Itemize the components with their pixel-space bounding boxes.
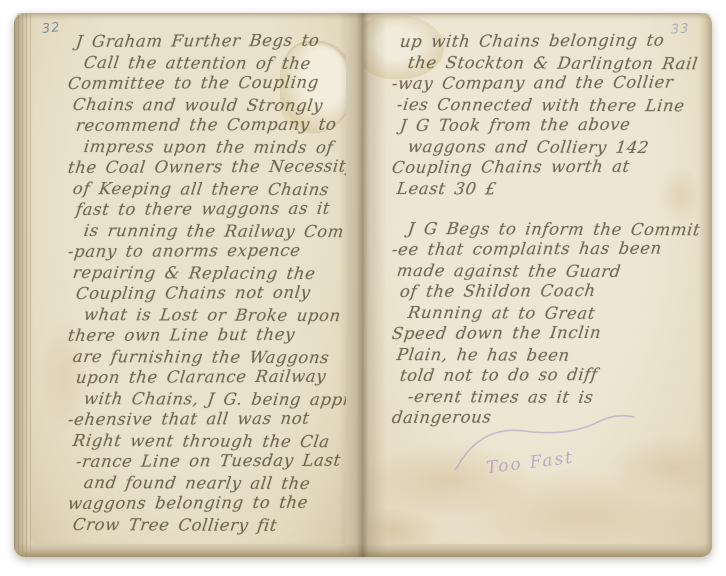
open-notebook: 32 J Graham Further Begs to Call the att…: [14, 13, 712, 557]
manuscript-line: -rance Line on Tuesday Last: [75, 450, 346, 472]
manuscript-line: -pany to anorms expence: [67, 240, 346, 262]
manuscript-line: daingerous: [391, 405, 702, 428]
manuscript-line: Coupling Chains worth at: [391, 155, 702, 178]
manuscript-line: Speed down the Inclin: [391, 321, 702, 344]
right-page: 33 up with Chains belonging to the Stock…: [364, 15, 704, 544]
manuscript-line: Coupling Chains not only: [75, 282, 346, 304]
manuscript-line: waggons belonging to the: [67, 492, 346, 514]
manuscript-line: J Graham Further Begs to: [75, 30, 346, 52]
page-stack-edge-right: [698, 13, 712, 557]
page-stack-edge-left: [14, 13, 34, 557]
annotation-too-fast: Too Fast: [485, 448, 575, 479]
manuscript-line: -way Company and the Collier: [391, 71, 702, 94]
manuscript-line: -ehensive that all was not: [67, 408, 346, 430]
manuscript-line: the Coal Owners the Necessity: [67, 156, 346, 178]
right-page-text: up with Chains belonging to the Stockton…: [384, 31, 700, 428]
left-page: 32 J Graham Further Begs to Call the att…: [30, 15, 346, 544]
manuscript-line: -ee that complaints has been: [391, 237, 702, 260]
manuscript-line: up with Chains belonging to: [399, 29, 702, 52]
paragraph-gap: [384, 199, 700, 218]
page-stack-edge-bottom: [14, 543, 712, 557]
manuscript-line: upon the Clarance Railway: [75, 366, 346, 388]
manuscript-line: there own Line but they: [67, 324, 346, 346]
manuscript-line: told not to do so diff: [399, 363, 702, 386]
left-page-text: J Graham Further Begs to Call the attent…: [60, 31, 346, 535]
page-stack-edge-top: [14, 13, 712, 20]
manuscript-line: Least 30 £: [396, 178, 702, 200]
manuscript-line: of the Shildon Coach: [399, 279, 702, 302]
manuscript-line: J G Took from the above: [399, 113, 702, 136]
manuscript-line: Committee to the Coupling: [67, 72, 346, 94]
photograph: 32 J Graham Further Begs to Call the att…: [0, 0, 726, 576]
manuscript-line: fast to there waggons as it: [75, 198, 346, 220]
manuscript-line: recommend the Company to: [75, 114, 346, 136]
manuscript-line: Crow Tree Colliery fit: [72, 514, 346, 536]
page-number-left: 32: [41, 20, 61, 37]
